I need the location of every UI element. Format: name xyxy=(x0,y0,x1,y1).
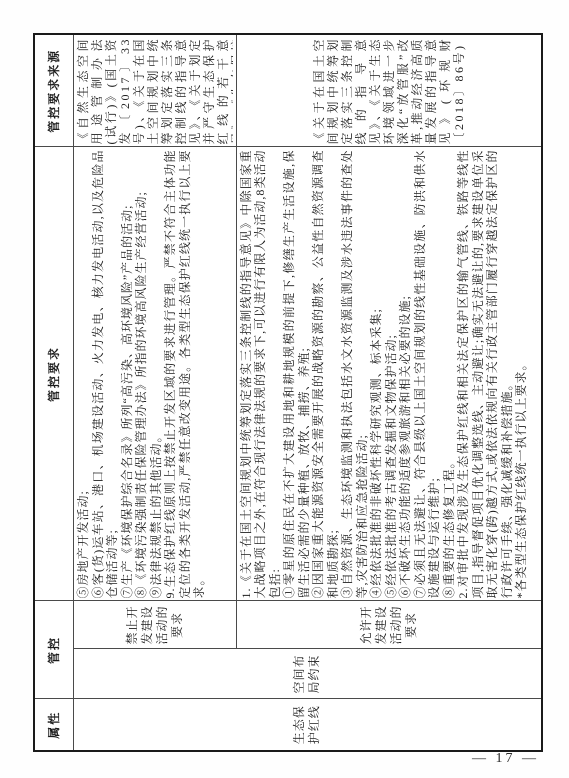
prohibited-requirements-cell: ⑤房地产开发活动;⑥客(货)运车站、港口、机场建设活动、火力发电、核力发电活动,… xyxy=(73,147,236,601)
control-requirements-table: 属性 管控 管控要求 管控要求来源 生态保护红线 空间布局约束 禁止开发建设活动… xyxy=(33,33,543,752)
header-attribute: 属性 xyxy=(34,699,73,751)
allowed-source-cell: 《关于在国土空间规划中统筹划定落实三条控制线的指导意见》、《关于生态环境领域进一… xyxy=(236,34,542,147)
document-page: 属性 管控 管控要求 管控要求来源 生态保护红线 空间布局约束 禁止开发建设活动… xyxy=(0,0,569,778)
header-source: 管控要求来源 xyxy=(34,34,73,147)
prohibited-source-cell: 《自然生态空间用途管制办法(试行)》(国土资发〔2017〕33号)、《关于在国土… xyxy=(73,34,236,147)
allowed-requirements-text: 1.《关于在国土空间规划中统筹划定落实三条控制线的指导意见》中除国家重大战略项目… xyxy=(239,149,539,598)
prohibited-row: 生态保护红线 空间布局约束 禁止开发建设活动的要求 ⑤房地产开发活动;⑥客(货)… xyxy=(73,34,236,751)
table-header-row: 属性 管控 管控要求 管控要求来源 xyxy=(34,34,73,751)
prohibited-label-cell: 禁止开发建设活动的要求 xyxy=(73,601,236,649)
page-number: — 17 — xyxy=(448,751,563,767)
allowed-row: 允许开发建设活动的要求 1.《关于在国土空间规划中统筹划定落实三条控制线的指导意… xyxy=(236,34,542,751)
prohibited-source-text: 《自然生态空间用途管制办法(试行)》(国土资发〔2017〕33号)、《关于在国土… xyxy=(76,37,233,145)
header-control: 管控 xyxy=(34,601,73,699)
allowed-label-cell: 允许开发建设活动的要求 xyxy=(236,601,542,649)
prohibited-requirements-text: ⑤房地产开发活动;⑥客(货)运车站、港口、机场建设活动、火力发电、核力发电活动,… xyxy=(76,149,233,598)
allowed-source-text: 《关于在国土空间规划中统筹划定落实三条控制线的指导意见》、《关于生态环境领域进一… xyxy=(312,37,466,145)
header-requirement: 管控要求 xyxy=(34,147,73,601)
rotated-table-sheet: 属性 管控 管控要求 管控要求来源 生态保护红线 空间布局约束 禁止开发建设活动… xyxy=(33,35,541,752)
allowed-requirements-cell: 1.《关于在国土空间规划中统筹划定落实三条控制线的指导意见》中除国家重大战略项目… xyxy=(236,147,542,601)
attribute-cell: 生态保护红线 xyxy=(73,699,542,751)
category-cell: 空间布局约束 xyxy=(73,649,542,699)
